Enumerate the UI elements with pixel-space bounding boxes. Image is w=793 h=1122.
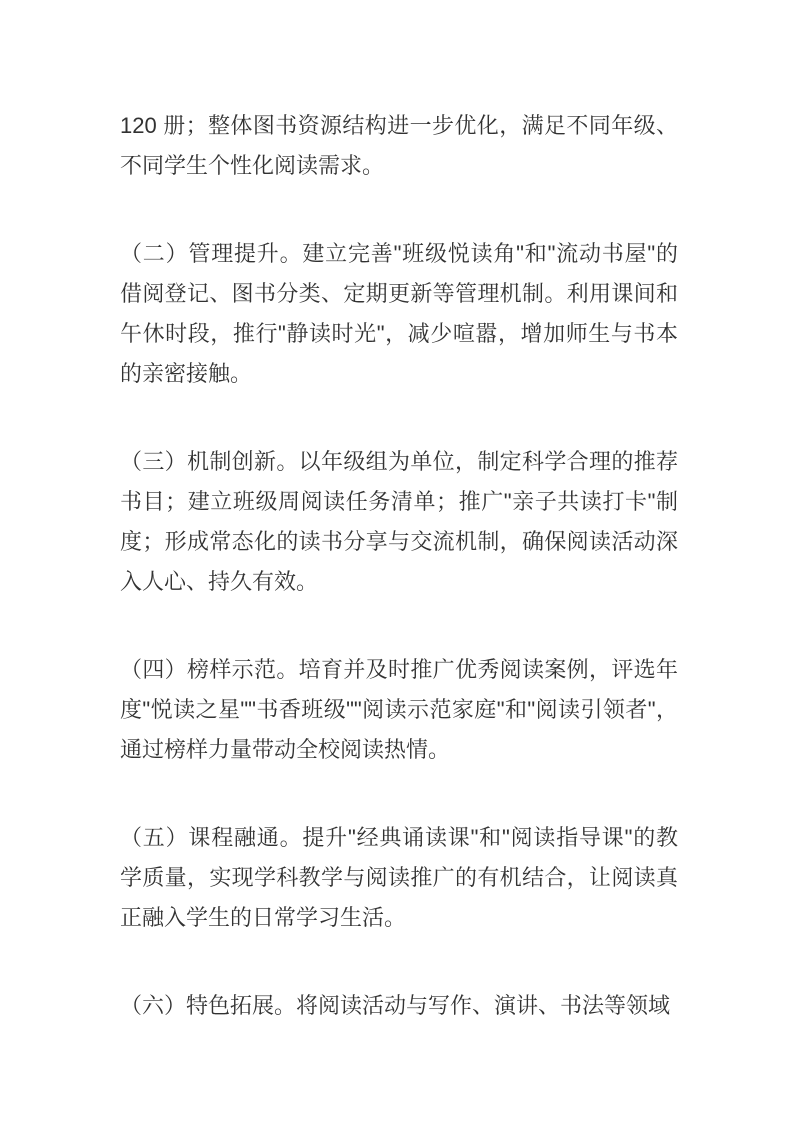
paragraph-section-4-role-models: （四）榜样示范。培育并及时推广优秀阅读案例，评选年度"悦读之星""书香班级""阅… (120, 650, 678, 770)
document-page: 120 册；整体图书资源结构进一步优化，满足不同年级、不同学生个性化阅读需求。 … (0, 0, 793, 1122)
paragraph-overflow-item-count: 120 册；整体图书资源结构进一步优化，满足不同年级、不同学生个性化阅读需求。 (120, 106, 678, 186)
paragraph-section-5-curriculum: （五）课程融通。提升"经典诵读课"和"阅读指导课"的教学质量，实现学科教学与阅读… (120, 818, 678, 938)
paragraph-section-2-management: （二）管理提升。建立完善"班级悦读角"和"流动书屋"的借阅登记、图书分类、定期更… (120, 234, 678, 394)
paragraph-section-3-mechanism: （三）机制创新。以年级组为单位，制定科学合理的推荐书目；建立班级周阅读任务清单；… (120, 442, 678, 602)
paragraph-section-6-features: （六）特色拓展。将阅读活动与写作、演讲、书法等领域 (120, 986, 678, 1026)
